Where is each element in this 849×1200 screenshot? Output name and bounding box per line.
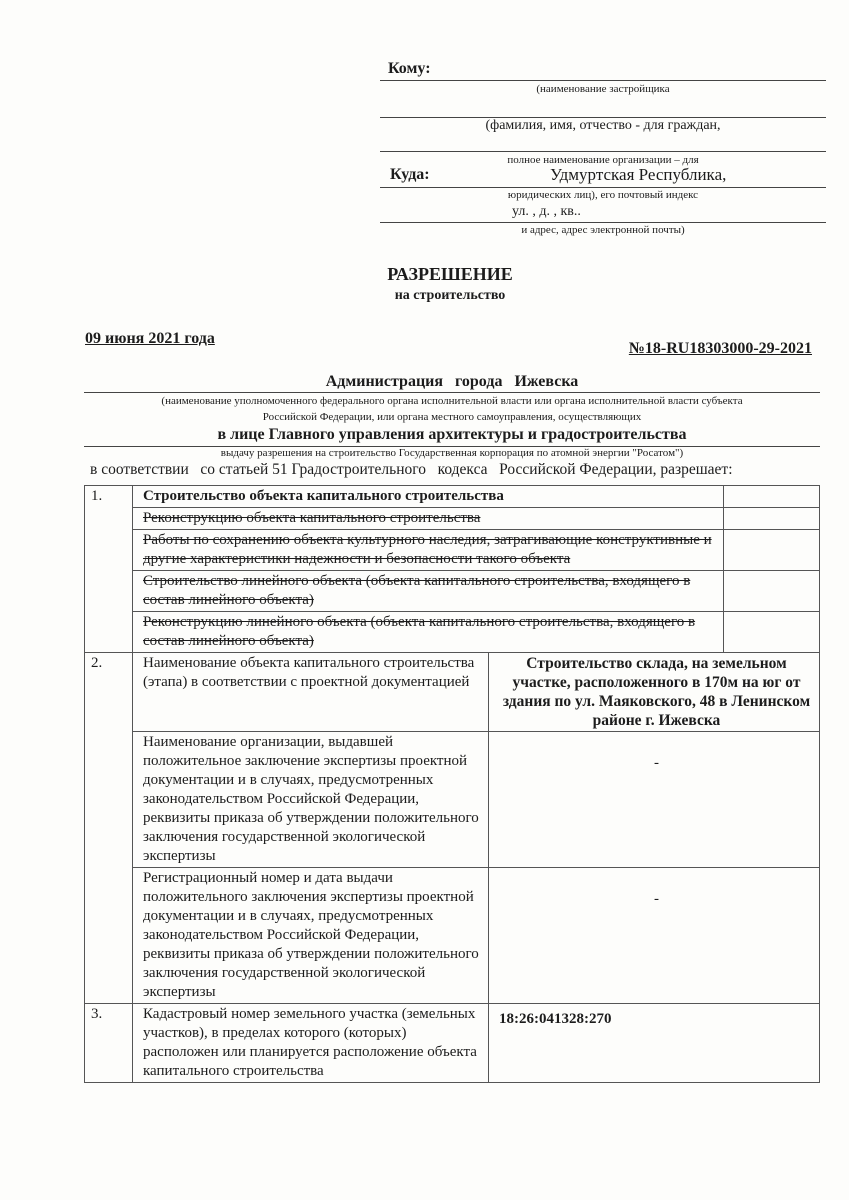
table-row: Реконструкцию линейного объекта (объекта… (85, 612, 820, 653)
permit-table: 1. Строительство объекта капитального ст… (84, 485, 820, 1083)
authority-line (84, 392, 820, 393)
permit-number: №18-RU18303000-29-2021 (629, 340, 812, 358)
expertise-org-value: - (489, 732, 820, 868)
table-row: Строительство линейного объекта (объекта… (85, 571, 820, 612)
where-label: Куда: (390, 166, 430, 184)
item-number: 2. (85, 653, 133, 1004)
to-line (380, 80, 826, 81)
to-caption: (наименование застройщика (380, 83, 826, 95)
issue-date: 09 июня 2021 года (85, 330, 215, 348)
option-heritage-works: Работы по сохранению объекта культурного… (133, 530, 724, 571)
table-row: Реконструкцию объекта капитального строи… (85, 508, 820, 530)
where-caption: юридических лиц), его почтовый индекс (380, 189, 826, 201)
authority-caption-2: Российской Федерации, или органа местног… (84, 411, 820, 423)
expertise-org-label: Наименование организации, выдавшей полож… (133, 732, 489, 868)
fio-caption: (фамилия, имя, отчество - для граждан, (380, 118, 826, 134)
document-subtitle: на строительство (0, 288, 849, 304)
authority-department: в лице Главного управления архитектуры и… (84, 426, 820, 444)
option-linear-reconstruction: Реконструкцию линейного объекта (объекта… (133, 612, 724, 653)
document-title: РАЗРЕШЕНИЕ (0, 264, 849, 285)
option-construction: Строительство объекта капитального строи… (133, 486, 724, 508)
where-line (380, 187, 826, 188)
option-checkbox[interactable] (724, 530, 820, 571)
option-checkbox[interactable] (724, 508, 820, 530)
legal-basis: в соответствии со статьей 51 Градостроит… (90, 461, 733, 479)
authority-caption-3: выдачу разрешения на строительство Госуд… (84, 447, 820, 459)
cadastral-label: Кадастровый номер земельного участка (зе… (133, 1004, 489, 1083)
expertise-reg-label: Регистрационный номер и дата выдачи поло… (133, 868, 489, 1004)
where-value: Удмуртская Республика, (550, 165, 726, 185)
table-row: 3. Кадастровый номер земельного участка … (85, 1004, 820, 1083)
table-row: Регистрационный номер и дата выдачи поло… (85, 868, 820, 1004)
option-checkbox[interactable] (724, 571, 820, 612)
cadastral-number: 18:26:041328:270 (489, 1004, 820, 1083)
address-value: ул. , д. , кв.. (512, 204, 581, 220)
object-name-label: Наименование объекта капитального строит… (133, 653, 489, 732)
object-name-value: Строительство склада, на земельном участ… (489, 653, 820, 732)
table-row: 1. Строительство объекта капитального ст… (85, 486, 820, 508)
table-row: Работы по сохранению объекта культурного… (85, 530, 820, 571)
option-linear-construction: Строительство линейного объекта (объекта… (133, 571, 724, 612)
item-number: 1. (85, 486, 133, 653)
item-number: 3. (85, 1004, 133, 1083)
authority-name: Администрация города Ижевска (84, 373, 820, 391)
option-checkbox[interactable] (724, 612, 820, 653)
table-row: Наименование организации, выдавшей полож… (85, 732, 820, 868)
expertise-reg-value: - (489, 868, 820, 1004)
address-caption: и адрес, адрес электронной почты) (380, 224, 826, 236)
address-line (380, 222, 826, 223)
table-row: 2. Наименование объекта капитального стр… (85, 653, 820, 732)
option-reconstruction: Реконструкцию объекта капитального строи… (133, 508, 724, 530)
to-label: Кому: (388, 60, 431, 78)
org-line (380, 151, 826, 152)
option-checkbox[interactable] (724, 486, 820, 508)
authority-caption-1: (наименование уполномоченного федерально… (84, 395, 820, 407)
